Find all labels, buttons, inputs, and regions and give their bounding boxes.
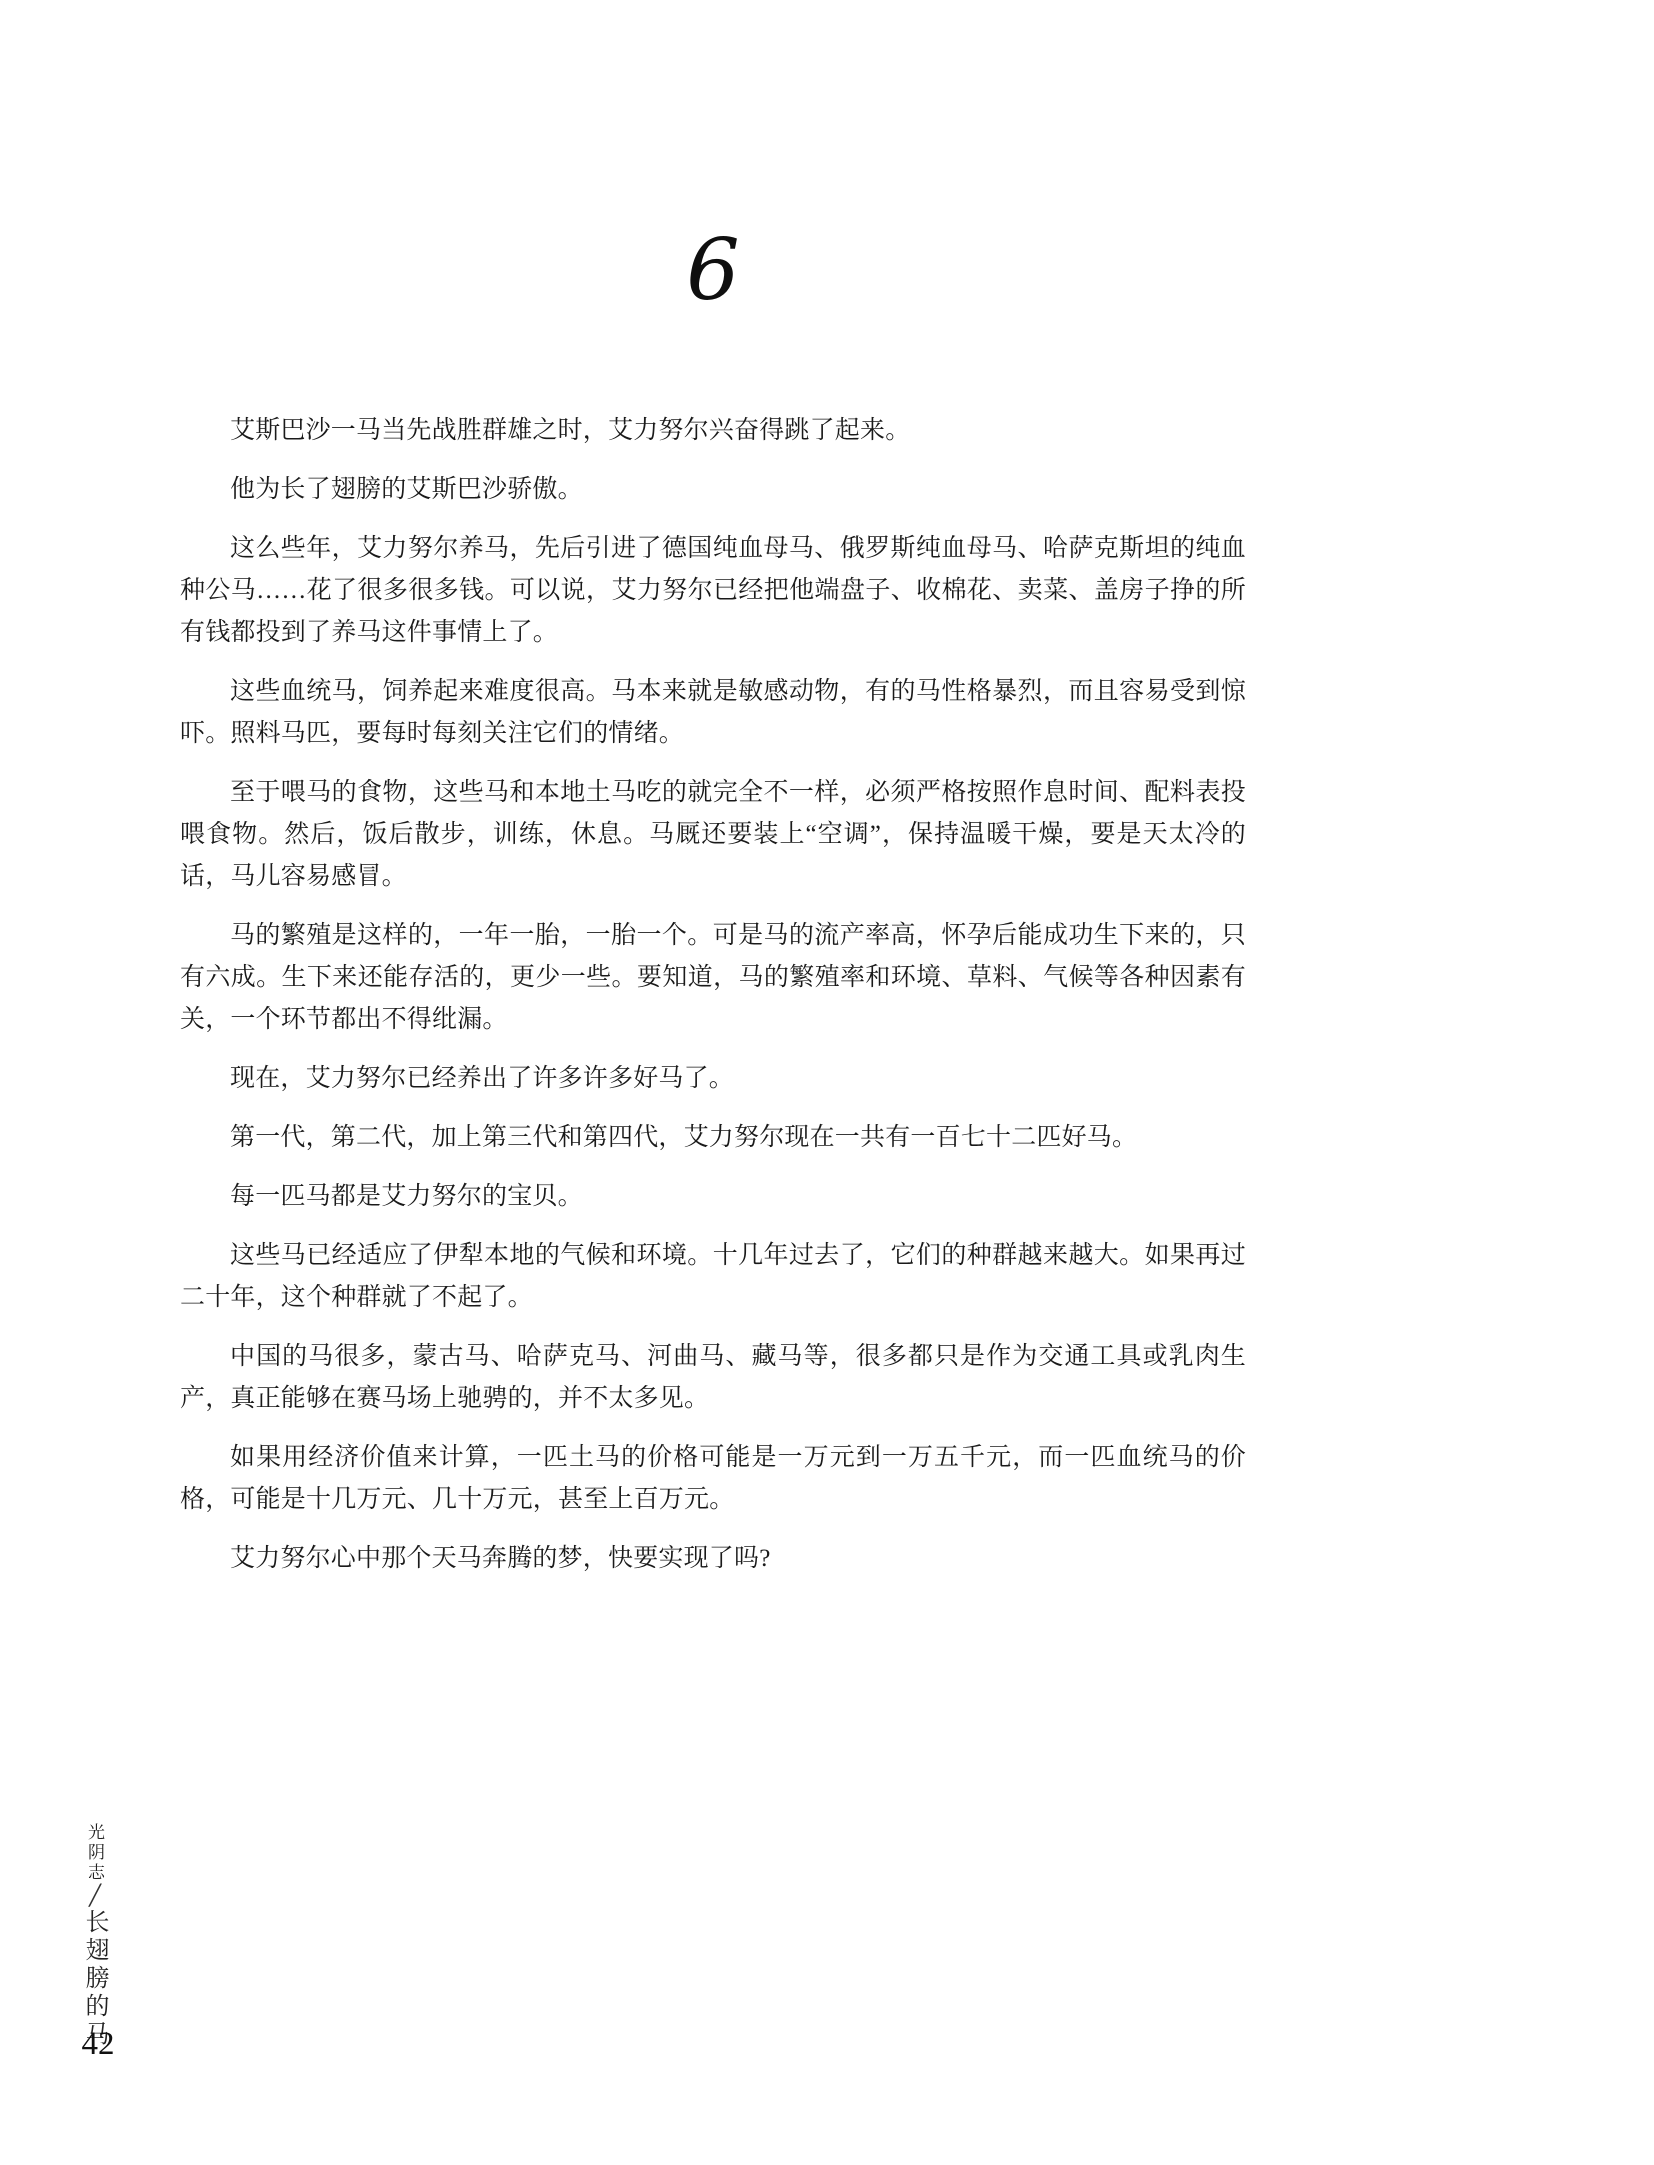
paragraph-13: 艾力努尔心中那个天马奔腾的梦，快要实现了吗? (180, 1538, 1246, 1580)
paragraph-1: 艾斯巴沙一马当先战胜群雄之时，艾力努尔兴奋得跳了起来。 (180, 410, 1246, 452)
paragraph-6: 马的繁殖是这样的，一年一胎，一胎一个。可是马的流产率高，怀孕后能成功生下来的，只… (180, 915, 1246, 1041)
slash-separator-icon: ╱ (83, 1883, 105, 1909)
paragraph-4: 这些血统马，饲养起来难度很高。马本来就是敏感动物，有的马性格暴烈，而且容易受到惊… (180, 671, 1246, 755)
paragraph-7: 现在，艾力努尔已经养出了许多许多好马了。 (180, 1058, 1246, 1100)
chapter-body: 艾斯巴沙一马当先战胜群雄之时，艾力努尔兴奋得跳了起来。 他为长了翅膀的艾斯巴沙骄… (180, 410, 1246, 1597)
paragraph-2: 他为长了翅膀的艾斯巴沙骄傲。 (180, 469, 1246, 511)
paragraph-5: 至于喂马的食物，这些马和本地土马吃的就完全不一样，必须严格按照作息时间、配料表投… (180, 772, 1246, 898)
series-title: 光阴志 (85, 1823, 104, 1883)
paragraph-12: 如果用经济价值来计算，一匹土马的价格可能是一万元到一万五千元，而一匹血统马的价格… (180, 1437, 1246, 1521)
book-page: 6 艾斯巴沙一马当先战胜群雄之时，艾力努尔兴奋得跳了起来。 他为长了翅膀的艾斯巴… (0, 0, 1654, 2165)
page-number: 42 (74, 2026, 122, 2063)
chapter-number: 6 (180, 228, 1246, 312)
paragraph-3: 这么些年，艾力努尔养马，先后引进了德国纯血母马、俄罗斯纯血母马、哈萨克斯坦的纯血… (180, 528, 1246, 654)
paragraph-10: 这些马已经适应了伊犁本地的气候和环境。十几年过去了，它们的种群越来越大。如果再过… (180, 1235, 1246, 1319)
paragraph-11: 中国的马很多，蒙古马、哈萨克马、河曲马、藏马等，很多都只是作为交通工具或乳肉生产… (180, 1336, 1246, 1420)
paragraph-8: 第一代，第二代，加上第三代和第四代，艾力努尔现在一共有一百七十二匹好马。 (180, 1117, 1246, 1159)
paragraph-9: 每一匹马都是艾力努尔的宝贝。 (180, 1176, 1246, 1218)
